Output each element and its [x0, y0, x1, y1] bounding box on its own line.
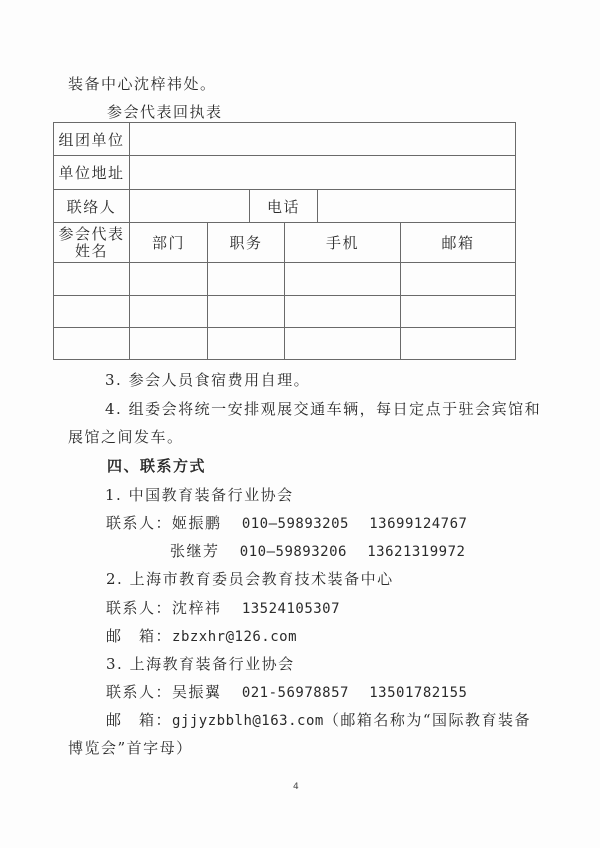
org-3-email-link[interactable]: gjjyzbblh@163.com: [172, 713, 324, 729]
org-2-email: 邮 箱：zbzxhr@126.com: [106, 625, 297, 646]
cell-department[interactable]: [130, 328, 208, 360]
cell-email[interactable]: [401, 263, 516, 296]
org-3-email: 邮 箱：gjjyzbblh@163.com（邮箱名称为“国际教育装备: [106, 709, 531, 730]
table-row: [54, 263, 516, 296]
org-1-contact-2: 张继芳 010—59893206 13621319972: [170, 540, 465, 561]
phone-field[interactable]: [318, 190, 516, 223]
cell-name[interactable]: [54, 263, 130, 296]
org-3-email-note: 博览会”首字母）: [68, 737, 193, 758]
note-4-cont: 展馆之间发车。: [68, 426, 184, 447]
phone-label: 电话: [250, 190, 318, 223]
col-header-mobile: 手机: [285, 223, 401, 263]
unit-address-field[interactable]: [130, 156, 516, 190]
cell-position[interactable]: [208, 296, 285, 328]
cell-mobile[interactable]: [285, 328, 401, 360]
org-2-email-link[interactable]: zbzxhr@126.com: [172, 629, 297, 645]
form-title: 参会代表回执表: [107, 101, 223, 122]
cell-department[interactable]: [130, 263, 208, 296]
cell-email[interactable]: [401, 296, 516, 328]
note-4: 4. 组委会将统一安排观展交通车辆，每日定点于驻会宾馆和: [105, 398, 541, 419]
attendee-form-table: 组团单位 单位地址 联络人 电话 参会代表姓名 部门 职务 手机 邮箱: [53, 122, 516, 360]
note-3: 3. 参会人员食宿费用自理。: [105, 369, 310, 390]
group-unit-label: 组团单位: [54, 123, 130, 156]
cell-mobile[interactable]: [285, 296, 401, 328]
col-header-email: 邮箱: [401, 223, 516, 263]
group-unit-field[interactable]: [130, 123, 516, 156]
section-heading: 四、联系方式: [107, 455, 206, 476]
cell-name[interactable]: [54, 296, 130, 328]
intro-tail-text: 装备中心沈梓祎处。: [68, 73, 217, 94]
col-header-position: 职务: [208, 223, 285, 263]
table-row: [54, 328, 516, 360]
org-2-contact: 联系人：沈梓祎 13524105307: [106, 597, 340, 618]
cell-department[interactable]: [130, 296, 208, 328]
col-header-name: 参会代表姓名: [54, 223, 130, 263]
cell-name[interactable]: [54, 328, 130, 360]
contact-person-label: 联络人: [54, 190, 130, 223]
col-header-department: 部门: [130, 223, 208, 263]
table-row: [54, 296, 516, 328]
page-number: 4: [293, 782, 299, 792]
org-1-name: 1. 中国教育装备行业协会: [105, 484, 294, 505]
cell-email[interactable]: [401, 328, 516, 360]
cell-position[interactable]: [208, 263, 285, 296]
org-3-contact: 联系人：吴振翼 021-56978857 13501782155: [106, 681, 467, 702]
org-2-name: 2. 上海市教育委员会教育技术装备中心: [106, 568, 394, 589]
org-3-name: 3. 上海教育装备行业协会: [106, 653, 295, 674]
cell-position[interactable]: [208, 328, 285, 360]
cell-mobile[interactable]: [285, 263, 401, 296]
org-1-contact-1: 联系人：姬振鹏 010—59893205 13699124767: [106, 512, 467, 533]
contact-person-field[interactable]: [130, 190, 250, 223]
unit-address-label: 单位地址: [54, 156, 130, 190]
